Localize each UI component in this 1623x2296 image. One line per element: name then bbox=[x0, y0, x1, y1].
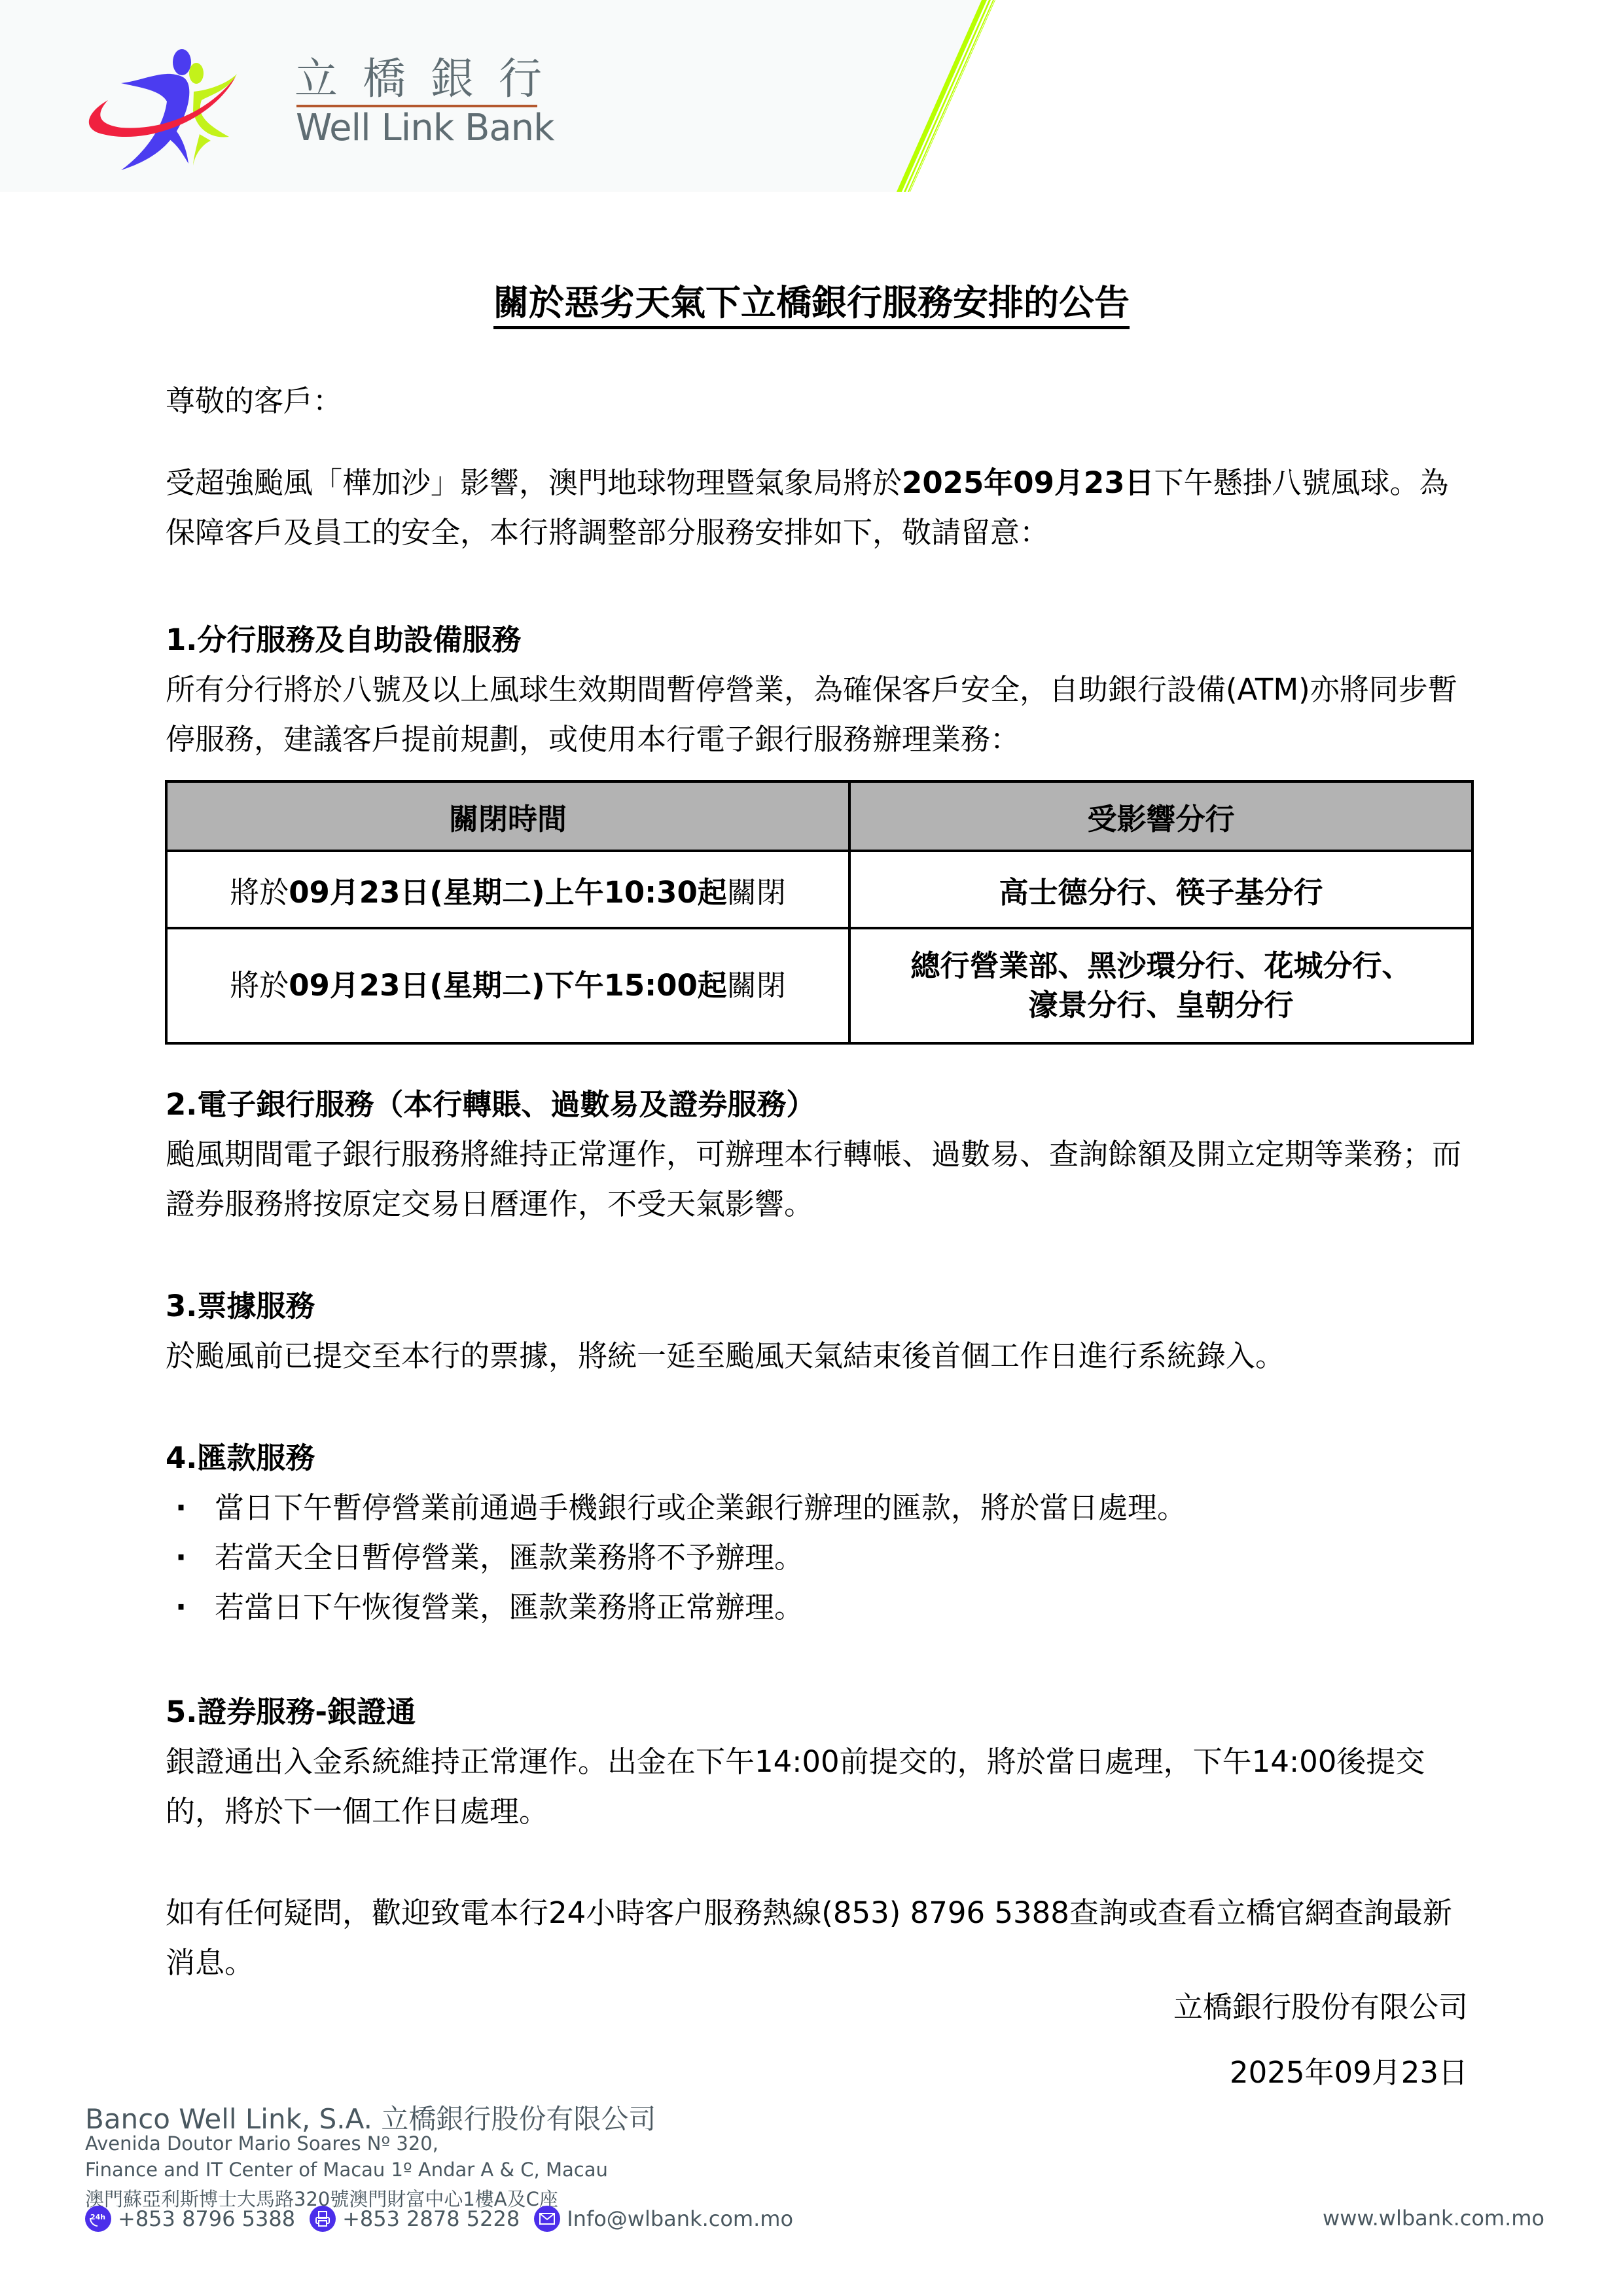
logo-chinese-name: 立橋銀行 bbox=[294, 58, 567, 101]
affected-branches-cell: 總行營業部、黑沙環分行、花城分行、 濠景分行、皇朝分行 bbox=[849, 928, 1472, 1043]
list-item: 若當天全日暫停營業，匯款業務將不予辦理。 bbox=[166, 1533, 1468, 1583]
affected-branches-cell: 高士德分行、筷子基分行 bbox=[849, 851, 1472, 928]
section-heading: 2.電子銀行服務（本行轉賬、過數易及證券服務） bbox=[166, 1080, 1468, 1130]
letterhead: 立橋銀行 Well Link Bank bbox=[0, 0, 1623, 192]
column-header-closing-time: 關閉時間 bbox=[166, 781, 849, 851]
section-body: 銀證通出入金系統維持正常運作。出金在下午14:00前提交的，將於當日處理，下午1… bbox=[166, 1737, 1468, 1837]
section-body: 颱風期間電子銀行服務將維持正常運作，可辦理本行轉帳、過數易、查詢餘額及開立定期等… bbox=[166, 1130, 1468, 1229]
signature-company: 立橋銀行股份有限公司 bbox=[1173, 1983, 1468, 2026]
list-item: 當日下午暫停營業前通過手機銀行或企業銀行辦理的匯款，將於當日處理。 bbox=[166, 1483, 1468, 1533]
table-header-row: 關閉時間 受影響分行 bbox=[166, 781, 1472, 851]
announcement-title: 關於惡劣天氣下立橋銀行服務安排的公告 bbox=[0, 275, 1623, 325]
remittance-bullet-list: 當日下午暫停營業前通過手機銀行或企業銀行辦理的匯款，將於當日處理。 若當天全日暫… bbox=[166, 1483, 1468, 1632]
column-header-affected-branches: 受影響分行 bbox=[849, 781, 1472, 851]
greeting: 尊敬的客戶： bbox=[166, 376, 1468, 426]
footer-company-name: Banco Well Link, S.A. 立橋銀行股份有限公司 bbox=[85, 2098, 656, 2137]
closing-paragraph: 如有任何疑問，歡迎致電本行24小時客户服務熱線(853) 8796 5388查詢… bbox=[166, 1888, 1468, 1988]
section-heading: 4.匯款服務 bbox=[166, 1433, 1468, 1483]
contact-fax[interactable]: +853 2878 5228 bbox=[310, 2206, 520, 2232]
contact-phone[interactable]: 24h +853 8796 5388 bbox=[85, 2206, 295, 2232]
phone-24h-icon: 24h bbox=[85, 2206, 111, 2232]
closing-time-cell: 將於09月23日(星期二)上午10:30起關閉 bbox=[166, 851, 849, 928]
footer-address-line-2: Finance and IT Center of Macau 1º Andar … bbox=[85, 2159, 608, 2181]
section-heading: 5.證券服務-銀證通 bbox=[166, 1687, 1468, 1737]
table-row: 將於09月23日(星期二)上午10:30起關閉 高士德分行、筷子基分行 bbox=[166, 851, 1472, 928]
svg-text:24h: 24h bbox=[90, 2213, 105, 2221]
section-3: 3.票據服務 於颱風前已提交至本行的票據，將統一延至颱風天氣結束後首個工作日進行… bbox=[166, 1282, 1468, 1381]
section-5: 5.證券服務-銀證通 銀證通出入金系統維持正常運作。出金在下午14:00前提交的… bbox=[166, 1687, 1468, 1837]
contact-email[interactable]: Info@wlbank.com.mo bbox=[534, 2206, 793, 2232]
signature-date: 2025年09月23日 bbox=[1230, 2049, 1468, 2091]
section-body: 於颱風前已提交至本行的票據，將統一延至颱風天氣結束後首個工作日進行系統錄入。 bbox=[166, 1331, 1468, 1381]
typhoon-signal-date: 2025年09月23日 bbox=[902, 465, 1154, 500]
section-2: 2.電子銀行服務（本行轉賬、過數易及證券服務） 颱風期間電子銀行服務將維持正常運… bbox=[166, 1080, 1468, 1229]
table-row: 將於09月23日(星期二)下午15:00起關閉 總行營業部、黑沙環分行、花城分行… bbox=[166, 928, 1472, 1043]
closing-time-cell: 將於09月23日(星期二)下午15:00起關閉 bbox=[166, 928, 849, 1043]
section-body: 所有分行將於八號及以上風球生效期間暫停營業，為確保客戶安全，自助銀行設備(ATM… bbox=[166, 665, 1468, 764]
section-heading: 3.票據服務 bbox=[166, 1282, 1468, 1331]
section-4: 4.匯款服務 當日下午暫停營業前通過手機銀行或企業銀行辦理的匯款，將於當日處理。… bbox=[166, 1433, 1468, 1632]
section-1: 1.分行服務及自助設備服務 所有分行將於八號及以上風球生效期間暫停營業，為確保客… bbox=[166, 615, 1468, 764]
list-item: 若當日下午恢復營業，匯款業務將正常辦理。 bbox=[166, 1583, 1468, 1632]
logo-english-name: Well Link Bank bbox=[296, 110, 554, 147]
intro-paragraph: 受超強颱風「樺加沙」影響，澳門地球物理暨氣象局將於2025年09月23日下午懸掛… bbox=[166, 458, 1468, 558]
email-icon bbox=[534, 2206, 560, 2232]
fax-icon bbox=[310, 2206, 336, 2232]
bank-logo-icon bbox=[65, 49, 275, 173]
section-heading: 1.分行服務及自助設備服務 bbox=[166, 615, 1468, 665]
footer-website-link[interactable]: www.wlbank.com.mo bbox=[1323, 2206, 1544, 2231]
footer-contacts: 24h +853 8796 5388 +853 2878 5228 Info@w… bbox=[85, 2206, 808, 2232]
closure-schedule-table: 關閉時間 受影響分行 將於09月23日(星期二)上午10:30起關閉 高士德分行… bbox=[165, 780, 1474, 1045]
footer-address-line-1: Avenida Doutor Mario Soares Nº 320, bbox=[85, 2132, 438, 2155]
